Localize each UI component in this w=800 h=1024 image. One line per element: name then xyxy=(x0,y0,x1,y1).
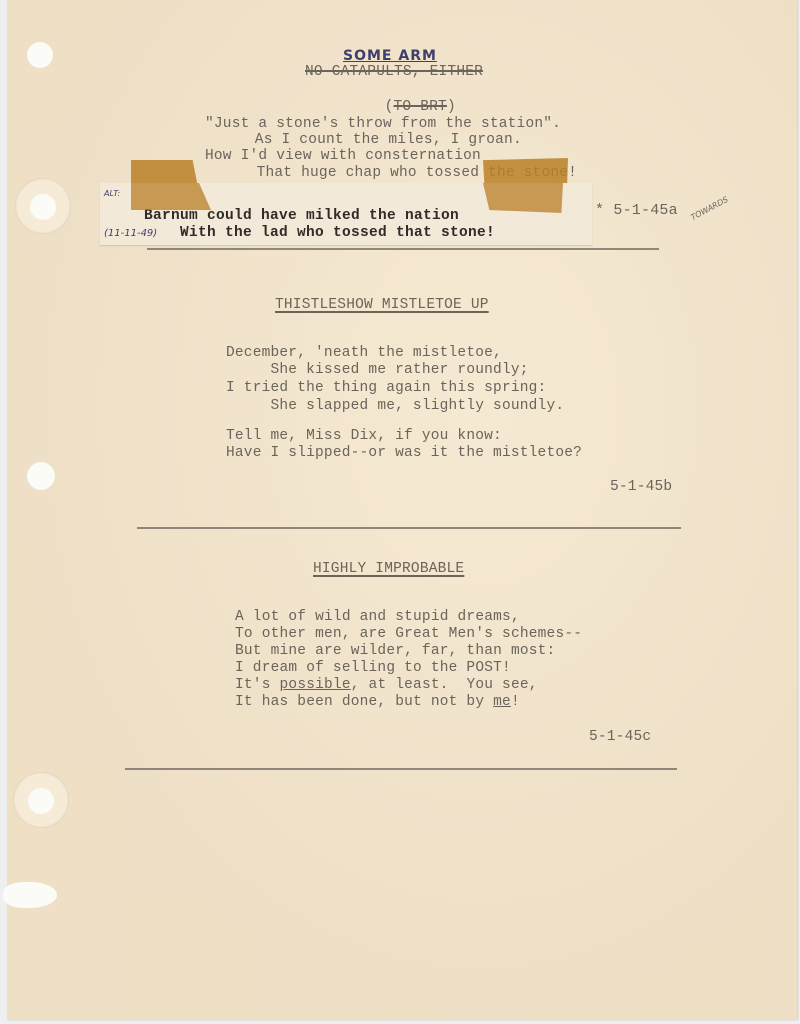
paren-close: ) xyxy=(447,99,456,115)
tape-right-lower xyxy=(483,183,563,213)
poem-b-line-5: Tell me, Miss Dix, if you know: xyxy=(226,428,502,445)
struck-title: NO CATAPULTS, EITHER xyxy=(305,64,483,81)
poem-b-line-1: December, 'neath the mistletoe, xyxy=(226,345,502,362)
poem-c-line-6: It has been done, but not by me! xyxy=(235,694,520,711)
handwritten-title: SOME ARM xyxy=(343,48,437,64)
poem-b-line-3: I tried the thing again this spring: xyxy=(226,380,546,397)
line5-post: , at least. You see, xyxy=(351,677,538,693)
slip-line-2: With the lad who tossed that stone! xyxy=(144,224,495,242)
poem-c-line-2: To other men, are Great Men's schemes-- xyxy=(235,626,582,643)
line6-pre: It has been done, but not by xyxy=(235,694,493,710)
poem-a-id: * 5-1-45a xyxy=(595,202,678,219)
poem-b-line-4: She slapped me, slightly soundly. xyxy=(226,398,564,415)
poem-c-id: 5-1-45c xyxy=(589,729,651,746)
paren-open: ( xyxy=(385,99,394,115)
divider-b xyxy=(137,527,681,529)
punch-hole xyxy=(27,462,55,490)
poem-a-line-2: As I count the miles, I groan. xyxy=(237,132,522,149)
line5-pre: It's xyxy=(235,677,280,693)
poem-b-title: THISTLESHOW MISTLETOE UP xyxy=(275,297,489,314)
poem-a-line-3: How I'd view with consternation xyxy=(205,148,481,165)
poem-b-id: 5-1-45b xyxy=(610,479,672,496)
poem-c-line-5: It's possible, at least. You see, xyxy=(235,677,538,694)
divider-a xyxy=(147,248,659,250)
manuscript-page: SOME ARM NO CATAPULTS, EITHER (TO BRT) "… xyxy=(7,0,797,1020)
poem-a-line-1: "Just a stone's throw from the station". xyxy=(205,116,561,133)
torn-punch-hole xyxy=(3,882,57,908)
tape-left-lower xyxy=(131,183,211,210)
poem-c-line-4: I dream of selling to the POST! xyxy=(235,660,511,677)
punch-hole xyxy=(30,194,56,220)
poem-b-line-2: She kissed me rather roundly; xyxy=(226,362,529,379)
emphasis-me: me xyxy=(493,694,511,710)
poem-c-line-3: But mine are wilder, far, than most: xyxy=(235,643,555,660)
poem-b-line-6: Have I slipped--or was it the mistletoe? xyxy=(226,445,582,462)
punch-hole xyxy=(28,788,54,814)
line6-post: ! xyxy=(511,694,520,710)
divider-c xyxy=(125,768,677,770)
poem-c-line-1: A lot of wild and stupid dreams, xyxy=(235,609,520,626)
alt-label: ALT: xyxy=(104,189,120,198)
poem-c-title: HIGHLY IMPROBABLE xyxy=(313,561,464,578)
emphasis-possible: possible xyxy=(280,677,351,693)
punch-hole xyxy=(27,42,53,68)
margin-note: TOWARDS xyxy=(689,195,729,222)
struck-subtitle-inner: TO BRT xyxy=(394,99,447,115)
